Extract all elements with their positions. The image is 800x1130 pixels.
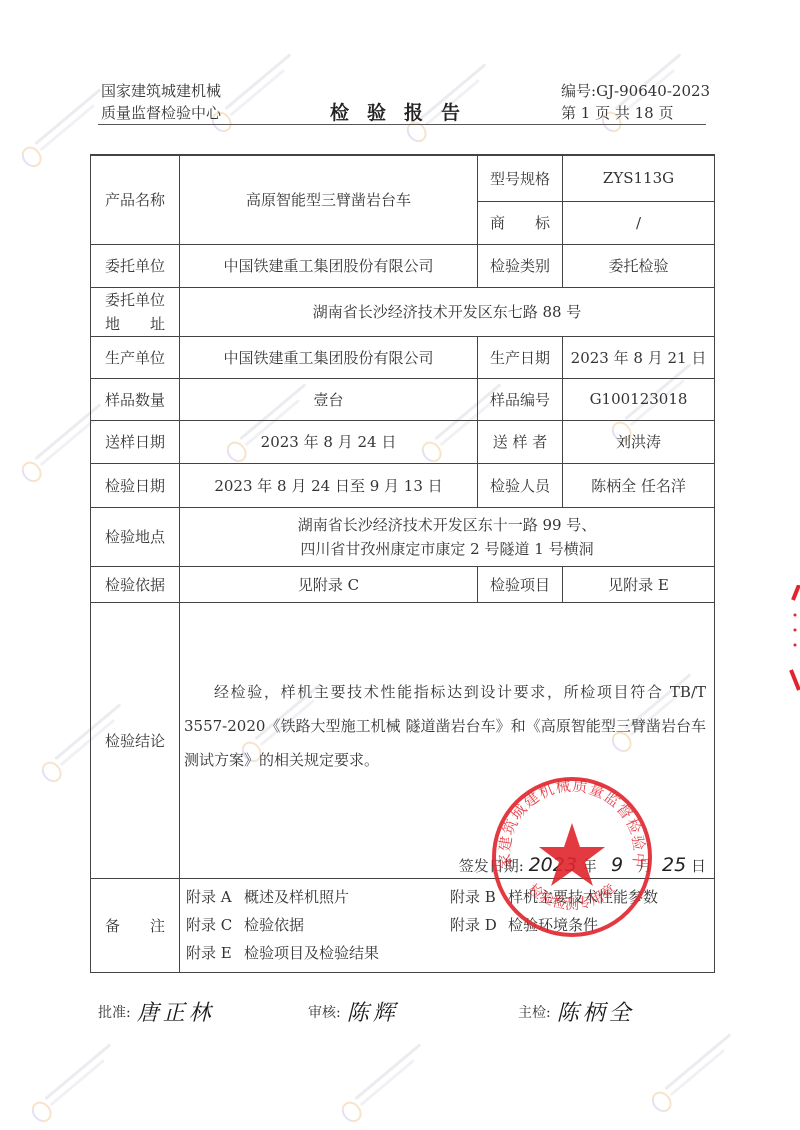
value-trademark: / [563,201,715,244]
table-row: 产品名称 高原智能型三臂凿岩台车 型号规格 ZYS113G [91,155,715,201]
remark-item: 附录 D检验环境条件 [450,911,714,939]
label-product-name: 产品名称 [91,155,180,244]
label-manufacturer: 生产单位 [91,336,180,378]
label-inspection-location: 检验地点 [91,507,180,566]
value-inspectors: 陈柄全 任名洋 [563,463,715,507]
org-line-2: 质量监督检验中心 [101,102,221,124]
label-trademark: 商 标 [478,201,563,244]
value-sample-no: G100123018 [563,378,715,420]
report-no: GJ-90640-2023 [596,82,710,100]
value-client: 中国铁建重工集团股份有限公司 [180,244,478,287]
value-production-date: 2023 年 8 月 21 日 [563,336,715,378]
watermark [330,1029,440,1130]
label-conclusion: 检验结论 [91,602,180,878]
chief-inspector-name: 陈柄全 [557,996,635,1027]
report-table: 产品名称 高原智能型三臂凿岩台车 型号规格 ZYS113G 商 标 / 委托单位… [90,154,715,973]
issuing-organization: 国家建筑城建机械 质量监督检验中心 [101,80,221,124]
report-no-label: 编号: [561,82,596,100]
label-model: 型号规格 [478,155,563,201]
conclusion-text: 经检验，样机主要技术性能指标达到设计要求，所检项目符合 TB/T 3557-20… [184,675,706,777]
table-row: 备 注 附录 A概述及样机照片 附录 B样机主要技术性能参数 附录 C检验依据 … [91,878,715,972]
value-inspection-date: 2023 年 8 月 24 日至 9 月 13 日 [180,463,478,507]
label-inspection-type: 检验类别 [478,244,563,287]
value-delivery-date: 2023 年 8 月 24 日 [180,420,478,463]
label-inspectors: 检验人员 [478,463,563,507]
label-production-date: 生产日期 [478,336,563,378]
remark-item: 附录 B样机主要技术性能参数 [450,883,714,911]
header-divider [98,124,706,125]
page-info: 第 1 页 共 18 页 [561,102,710,124]
value-sample-quantity: 壹台 [180,378,478,420]
issue-date: 签发日期: 2023 年 9 月 25 日 [459,854,706,876]
watermark [20,1029,130,1130]
label-deliverer: 送 样 者 [478,420,563,463]
label-client-address: 委托单位 地 址 [91,287,180,336]
value-deliverer: 刘洪涛 [563,420,715,463]
label-sample-no: 样品编号 [478,378,563,420]
chief-inspector-signature: 主检: 陈柄全 [518,996,635,1027]
document-title: 检验报告 [330,98,478,125]
value-items: 见附录 E [563,566,715,602]
value-manufacturer: 中国铁建重工集团股份有限公司 [180,336,478,378]
report-meta: 编号:GJ-90640-2023 第 1 页 共 18 页 [561,80,710,124]
conclusion-cell: 经检验，样机主要技术性能指标达到设计要求，所检项目符合 TB/T 3557-20… [180,602,715,878]
remark-item: 附录 E检验项目及检验结果 [186,939,451,967]
approver-signature: 批准: 唐正林 [98,996,215,1027]
value-client-address: 湖南省长沙经济技术开发区东七路 88 号 [180,287,715,336]
table-row: 送样日期 2023 年 8 月 24 日 送 样 者 刘洪涛 [91,420,715,463]
table-row: 检验日期 2023 年 8 月 24 日至 9 月 13 日 检验人员 陈柄全 … [91,463,715,507]
location-line-1: 湖南省长沙经济技术开发区东十一路 99 号、 [180,513,714,537]
value-basis: 见附录 C [180,566,478,602]
reviewer-signature: 审核: 陈辉 [308,996,399,1027]
label-sample-quantity: 样品数量 [91,378,180,420]
issue-year: 2023 [529,854,577,876]
table-row: 样品数量 壹台 样品编号 G100123018 [91,378,715,420]
value-inspection-type: 委托检验 [563,244,715,287]
table-row: 委托单位 中国铁建重工集团股份有限公司 检验类别 委托检验 [91,244,715,287]
signature-row: 批准: 唐正林 审核: 陈辉 主检: 陈柄全 [98,996,718,1036]
value-inspection-location: 湖南省长沙经济技术开发区东十一路 99 号、 四川省甘孜州康定市康定 2 号隧道… [180,507,715,566]
label-basis: 检验依据 [91,566,180,602]
label-inspection-date: 检验日期 [91,463,180,507]
table-row: 检验地点 湖南省长沙经济技术开发区东十一路 99 号、 四川省甘孜州康定市康定 … [91,507,715,566]
remark-item: 附录 C检验依据 [186,911,450,939]
label-items: 检验项目 [478,566,563,602]
value-product-name: 高原智能型三臂凿岩台车 [180,155,478,244]
table-row: 检验依据 见附录 C 检验项目 见附录 E [91,566,715,602]
approver-name: 唐正林 [137,996,215,1027]
label-delivery-date: 送样日期 [91,420,180,463]
location-line-2: 四川省甘孜州康定市康定 2 号隧道 1 号横洞 [180,537,714,561]
label-client: 委托单位 [91,244,180,287]
issue-month: 9 [611,854,623,876]
reviewer-name: 陈辉 [347,996,399,1027]
value-model: ZYS113G [563,155,715,201]
seam-seal-fragment-icon [785,585,800,695]
remark-item: 附录 A概述及样机照片 [186,883,450,911]
table-row: 委托单位 地 址 湖南省长沙经济技术开发区东七路 88 号 [91,287,715,336]
org-line-1: 国家建筑城建机械 [101,80,221,102]
remarks-list: 附录 A概述及样机照片 附录 B样机主要技术性能参数 附录 C检验依据 附录 D… [180,878,715,972]
issue-day: 25 [662,854,686,876]
label-remarks: 备 注 [91,878,180,972]
table-row: 检验结论 经检验，样机主要技术性能指标达到设计要求，所检项目符合 TB/T 35… [91,602,715,878]
table-row: 生产单位 中国铁建重工集团股份有限公司 生产日期 2023 年 8 月 21 日 [91,336,715,378]
